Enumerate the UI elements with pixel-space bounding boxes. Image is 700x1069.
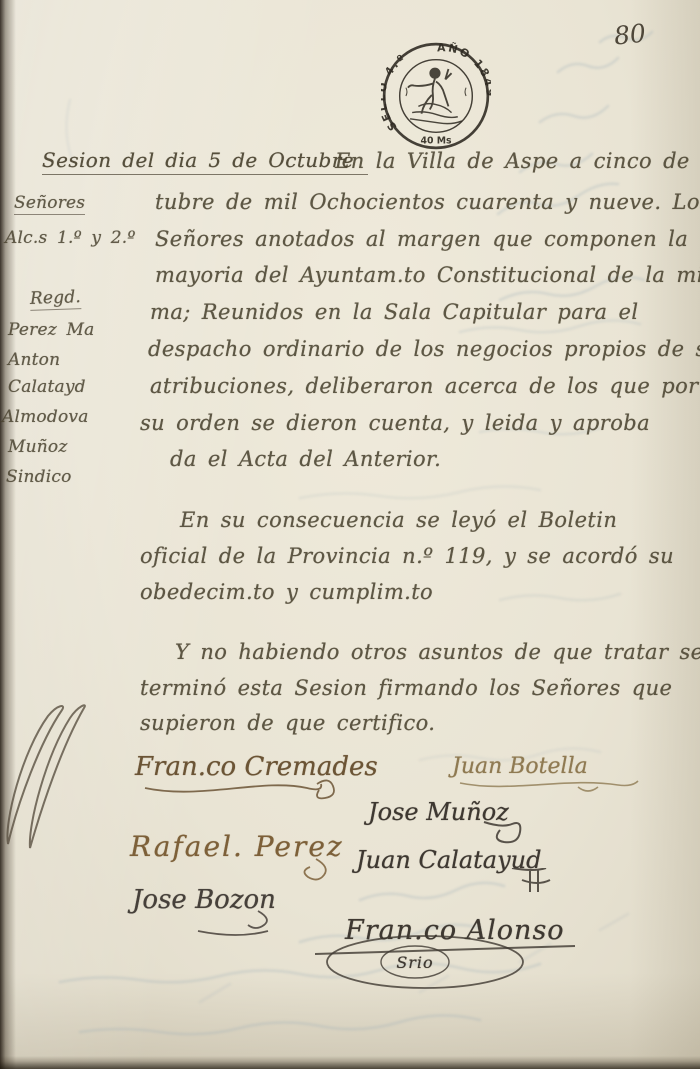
seal-figure-icon	[406, 69, 466, 124]
margin-item-regidores: Regd.	[30, 287, 82, 311]
signature-botella: Juan Botella	[452, 754, 588, 779]
manuscript-line: oficial de la Provincia n.º 119, y se ac…	[140, 544, 674, 568]
signature-rubric-flourish	[136, 857, 356, 887]
signature-rubric-flourish	[138, 909, 318, 939]
manuscript-line: En la Villa de Aspe a cinco de Oc	[335, 149, 700, 173]
bottom-page-edge	[0, 1056, 700, 1069]
manuscript-line: atribuciones, deliberaron acerca de los …	[150, 374, 699, 398]
signature-alonso-secretary: Fran.co Alonso Srio	[345, 915, 565, 946]
margin-item-sindico: Sindico	[6, 467, 72, 487]
margin-pen-flourish	[0, 702, 90, 852]
session-heading: Sesion del dia 5 de Octubre	[42, 148, 368, 175]
signature-rubric-flourish	[362, 868, 562, 900]
binding-edge	[0, 0, 16, 1069]
manuscript-line: Señores anotados al margen que componen …	[155, 227, 688, 251]
page-number: 80	[613, 18, 648, 50]
signature-rubric-flourish: Srio	[315, 932, 615, 1002]
margin-item-almodovar: Almodova	[2, 407, 89, 427]
manuscript-line: tubre de mil Ochocientos cuarenta y nuev…	[155, 190, 700, 214]
manuscript-line: da el Acta del Anterior.	[170, 447, 441, 471]
margin-item-perez: Perez Ma	[8, 320, 94, 340]
revenue-seal-stamp: SELLO 4.º AÑO 1849 40 Ms	[381, 40, 491, 152]
signature-munoz: Jose Muñoz	[368, 798, 509, 826]
secretary-abbreviation: Srio	[396, 953, 433, 972]
margin-item-anton: Anton	[8, 350, 60, 370]
manuscript-line: En su consecuencia se leyó el Boletin	[180, 508, 617, 532]
manuscript-line: supieron de que certifico.	[140, 711, 435, 735]
margin-item-munoz: Muñoz	[8, 437, 68, 457]
manuscript-line: mayoria del Ayuntam.to Constitucional de…	[155, 263, 700, 287]
signature-bozon: Jose Bozon	[132, 885, 276, 915]
margin-item-alcaldes: Alc.s 1.º y 2.º	[5, 228, 136, 248]
signature-calatayud: Juan Calatayud	[356, 846, 541, 874]
manuscript-line: ma; Reunidos en la Sala Capitular para e…	[150, 300, 639, 324]
signature-cremades: Fran.co Cremades	[135, 752, 378, 782]
manuscript-line: su orden se dieron cuenta, y leida y apr…	[140, 411, 650, 435]
signature-rubric-flourish	[458, 773, 648, 797]
manuscript-page: 80 SELLO 4.º AÑO 1849 40 Ms	[0, 0, 700, 1069]
margin-item-calatayud: Calatayd	[8, 377, 86, 397]
manuscript-line: terminó esta Sesion firmando los Señores…	[140, 676, 672, 700]
manuscript-line: obedecim.to y cumplim.to	[140, 580, 433, 604]
margin-item-senores: Señores	[14, 193, 85, 215]
signature-rubric-flourish	[141, 776, 351, 804]
seal-denomination-text: 40 Ms	[420, 136, 452, 147]
manuscript-line: despacho ordinario de los negocios propi…	[148, 337, 700, 361]
signature-rafael-perez: Rafael. Perez	[130, 830, 344, 863]
manuscript-line: Y no habiendo otros asuntos de que trata…	[175, 640, 700, 664]
